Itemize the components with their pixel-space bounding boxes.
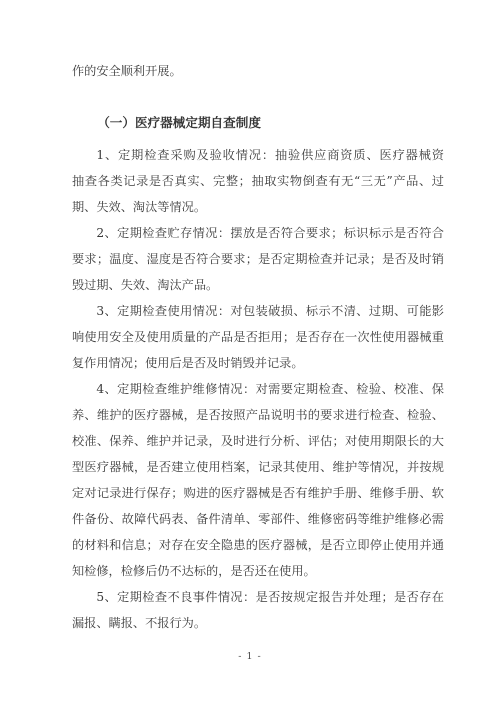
- paragraph-line: 定对记录进行保存；购进的医疗器械是否有维护手册、维修手册、软: [72, 480, 444, 506]
- paragraph-line: 型医疗器械，是否建立使用档案，记录其使用、维护等情况，并按规: [72, 454, 444, 480]
- paragraph-line: 件备份、故障代码表、备件清单、零部件、维修密码等维护维修必需: [72, 506, 444, 532]
- document-page: 作的安全顺利开展。 （一）医疗器械定期自查制度 1、定期检查采购及验收情况：抽验…: [0, 0, 500, 707]
- paragraph-line: 校准、保养、维护并记录，及时进行分析、评估；对使用期限长的大: [72, 428, 444, 454]
- paragraph: 5、定期检查不良事件情况：是否按规定报告并处理；是否存在漏报、瞒报、不报行为。: [72, 584, 444, 636]
- paragraph: 1、定期检查采购及验收情况：抽验供应商资质、医疗器械资质；抽查各类记录是否真实、…: [72, 142, 444, 220]
- paragraph-line: 5、定期检查不良事件情况：是否按规定报告并处理；是否存在: [72, 584, 444, 610]
- paragraph-line: 抽查各类记录是否真实、完整；抽取实物倒查有无“三无”产品、过: [72, 168, 444, 194]
- document-body: 作的安全顺利开展。 （一）医疗器械定期自查制度 1、定期检查采购及验收情况：抽验…: [72, 58, 444, 636]
- paragraph-line: 期、失效、淘汰等情况。: [72, 194, 444, 220]
- paragraph-line: 知检修，检修后仍不达标的，是否还在使用。: [72, 558, 444, 584]
- paragraph-line: 4、定期检查维护维修情况：对需要定期检查、检验、校准、保: [72, 376, 444, 402]
- paragraph-list: 1、定期检查采购及验收情况：抽验供应商资质、医疗器械资质；抽查各类记录是否真实、…: [72, 142, 444, 636]
- paragraph-line: 3、定期检查使用情况：对包装破损、标示不清、过期、可能影: [72, 298, 444, 324]
- page-number: - 1 -: [0, 650, 500, 664]
- intro-paragraph-tail: 作的安全顺利开展。: [72, 58, 444, 84]
- paragraph-line: 2、定期检查贮存情况：摆放是否符合要求；标识标示是否符合: [72, 220, 444, 246]
- paragraph-line: 复作用情况；使用后是否及时销毁并记录。: [72, 350, 444, 376]
- paragraph: 4、定期检查维护维修情况：对需要定期检查、检验、校准、保养、维护的医疗器械，是否…: [72, 376, 444, 584]
- paragraph-line: 1、定期检查采购及验收情况：抽验供应商资质、医疗器械资质；: [72, 142, 444, 168]
- paragraph-line: 的材料和信息；对存在安全隐患的医疗器械，是否立即停止使用并通: [72, 532, 444, 558]
- paragraph-line: 响使用安全及使用质量的产品是否拒用；是否存在一次性使用器械重: [72, 324, 444, 350]
- paragraph-line: 养、维护的医疗器械，是否按照产品说明书的要求进行检查、检验、: [72, 402, 444, 428]
- paragraph-line: 毁过期、失效、淘汰产品。: [72, 272, 444, 298]
- paragraph: 3、定期检查使用情况：对包装破损、标示不清、过期、可能影响使用安全及使用质量的产…: [72, 298, 444, 376]
- paragraph-line: 漏报、瞒报、不报行为。: [72, 610, 444, 636]
- section-heading: （一）医疗器械定期自查制度: [72, 110, 444, 136]
- paragraph-line: 要求；温度、湿度是否符合要求；是否定期检查并记录；是否及时销: [72, 246, 444, 272]
- paragraph: 2、定期检查贮存情况：摆放是否符合要求；标识标示是否符合要求；温度、湿度是否符合…: [72, 220, 444, 298]
